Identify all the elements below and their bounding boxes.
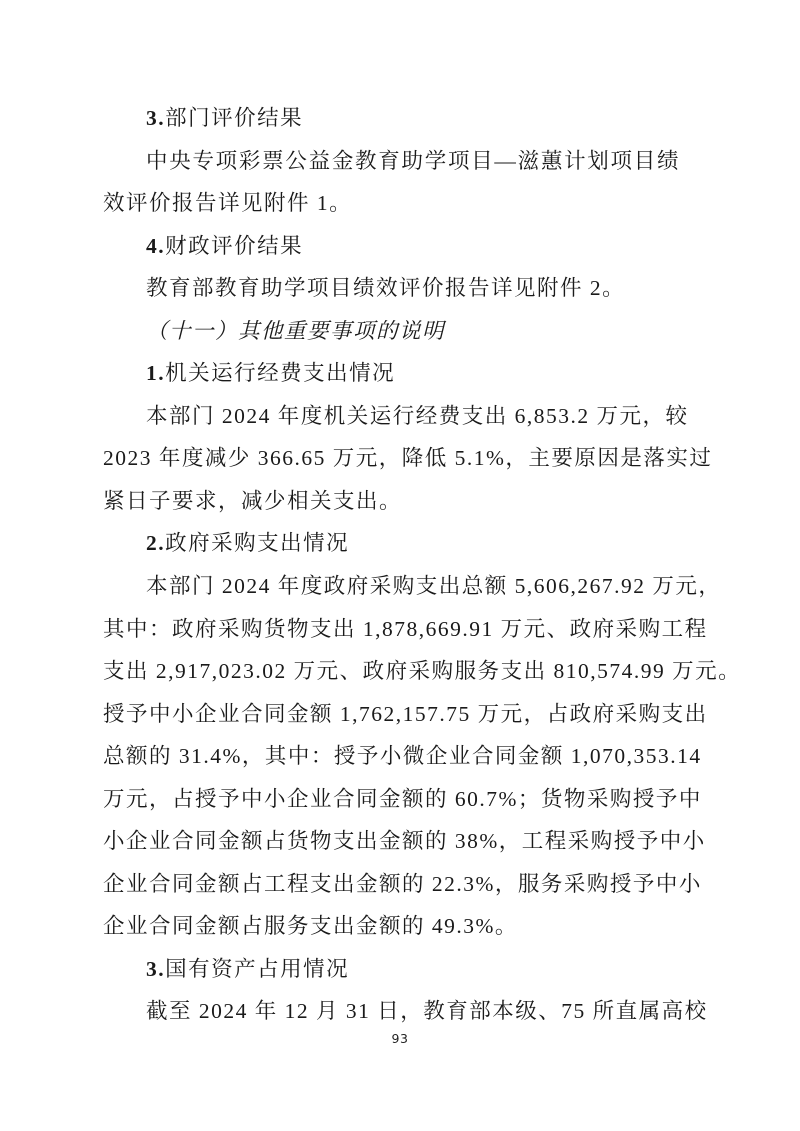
body-line: 其中：政府采购货物支出 1,878,669.91 万元、政府采购工程 [103, 608, 680, 651]
heading-number: 3. [146, 106, 165, 130]
heading-text: 政府采购支出情况 [165, 531, 349, 555]
page-number: 93 [0, 1031, 800, 1046]
heading-number: 2. [146, 531, 165, 555]
line-text: 小企业合同金额占货物支出金额的 38%，工程采购授予中小 [103, 829, 706, 853]
line-text: 总额的 31.4%，其中：授予小微企业合同金额 1,070,353.14 [103, 744, 702, 768]
body-line: 中央专项彩票公益金教育助学项目—滋蕙计划项目绩 [103, 140, 680, 183]
line-text: 截至 2024 年 12 月 31 日，教育部本级、75 所直属高校 [146, 999, 708, 1023]
document-page: 3.部门评价结果 中央专项彩票公益金教育助学项目—滋蕙计划项目绩 效评价报告详见… [0, 0, 800, 1131]
numbered-heading: 4.财政评价结果 [103, 225, 680, 268]
heading-text: 财政评价结果 [165, 234, 303, 258]
line-text: 2023 年度减少 366.65 万元，降低 5.1%，主要原因是落实过 [103, 446, 712, 470]
body-line: 2023 年度减少 366.65 万元，降低 5.1%，主要原因是落实过 [103, 437, 680, 480]
body-line: 总额的 31.4%，其中：授予小微企业合同金额 1,070,353.14 [103, 735, 680, 778]
numbered-heading: 3.部门评价结果 [103, 97, 680, 140]
body-line: 截至 2024 年 12 月 31 日，教育部本级、75 所直属高校 [103, 990, 680, 1033]
line-text: 本部门 2024 年度机关运行经费支出 6,853.2 万元，较 [146, 404, 689, 428]
numbered-heading: 3.国有资产占用情况 [103, 948, 680, 991]
heading-text: （十一）其他重要事项的说明 [146, 319, 445, 343]
line-text: 其中：政府采购货物支出 1,878,669.91 万元、政府采购工程 [103, 617, 708, 641]
body-line: 紧日子要求，减少相关支出。 [103, 480, 680, 523]
body-line: 效评价报告详见附件 1。 [103, 182, 680, 225]
heading-text: 国有资产占用情况 [165, 957, 349, 981]
section-heading: （十一）其他重要事项的说明 [103, 310, 680, 353]
line-text: 万元，占授予中小企业合同金额的 60.7%；货物采购授予中 [103, 787, 702, 811]
body-line: 支出 2,917,023.02 万元、政府采购服务支出 810,574.99 万… [103, 650, 680, 693]
line-text: 企业合同金额占工程支出金额的 22.3%，服务采购授予中小 [103, 872, 702, 896]
body-line: 授予中小企业合同金额 1,762,157.75 万元，占政府采购支出 [103, 693, 680, 736]
body-line: 本部门 2024 年度机关运行经费支出 6,853.2 万元，较 [103, 395, 680, 438]
line-text: 教育部教育助学项目绩效评价报告详见附件 2。 [146, 276, 625, 300]
line-text: 本部门 2024 年度政府采购支出总额 5,606,267.92 万元， [146, 574, 721, 598]
body-line: 万元，占授予中小企业合同金额的 60.7%；货物采购授予中 [103, 778, 680, 821]
line-text: 中央专项彩票公益金教育助学项目—滋蕙计划项目绩 [146, 149, 680, 173]
body-line: 教育部教育助学项目绩效评价报告详见附件 2。 [103, 267, 680, 310]
line-text: 企业合同金额占服务支出金额的 49.3%。 [103, 914, 518, 938]
numbered-heading: 2.政府采购支出情况 [103, 522, 680, 565]
heading-number: 1. [146, 361, 165, 385]
line-text: 效评价报告详见附件 1。 [103, 191, 352, 215]
line-text: 授予中小企业合同金额 1,762,157.75 万元，占政府采购支出 [103, 702, 708, 726]
body-line: 小企业合同金额占货物支出金额的 38%，工程采购授予中小 [103, 820, 680, 863]
body-line: 本部门 2024 年度政府采购支出总额 5,606,267.92 万元， [103, 565, 680, 608]
heading-text: 机关运行经费支出情况 [165, 361, 395, 385]
document-body: 3.部门评价结果 中央专项彩票公益金教育助学项目—滋蕙计划项目绩 效评价报告详见… [103, 97, 680, 1033]
heading-number: 4. [146, 234, 165, 258]
line-text: 紧日子要求，减少相关支出。 [103, 489, 402, 513]
body-line: 企业合同金额占服务支出金额的 49.3%。 [103, 905, 680, 948]
line-text: 支出 2,917,023.02 万元、政府采购服务支出 810,574.99 万… [103, 659, 741, 683]
heading-text: 部门评价结果 [165, 106, 303, 130]
numbered-heading: 1.机关运行经费支出情况 [103, 352, 680, 395]
body-line: 企业合同金额占工程支出金额的 22.3%，服务采购授予中小 [103, 863, 680, 906]
heading-number: 3. [146, 957, 165, 981]
